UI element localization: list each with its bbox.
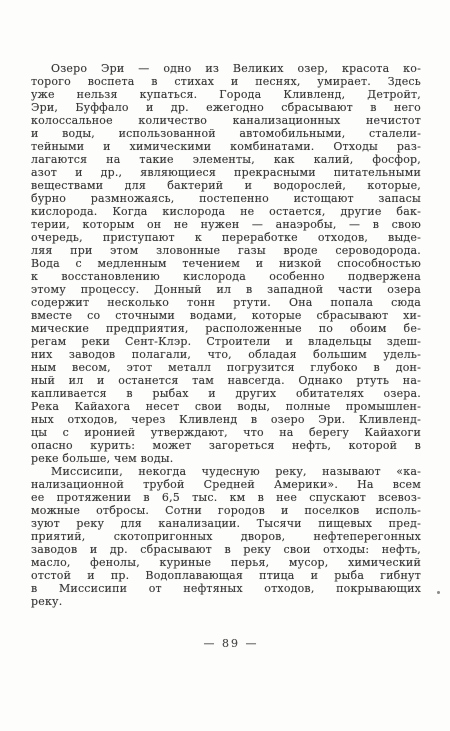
page-number: — 89 — [31,637,431,650]
text-line: них заводов полагали, что, обладая больш… [31,348,421,361]
text-line: регам реки Сент-Клэр. Строители и владел… [31,335,421,348]
text-line: Вода с медленным течением и низкой спосо… [31,257,421,270]
text-line: Эри, Буффало и др. ежегодно сбрасывают в… [31,101,421,114]
text-line: бурно размножаясь, постепенно истощают з… [31,192,421,205]
book-page: Озеро Эри — одно из Великих озер, красот… [0,0,450,731]
text-line: терии, которым он не нужен — анаэробы, —… [31,218,421,231]
text-line: масло, фенолы, куриные перья, мусор, хим… [31,556,421,569]
text-line: очередь, приступают к переработке отходо… [31,231,421,244]
text-line: азот и др., являющиеся прекрасными питат… [31,166,421,179]
text-line: ный ил и останется там навсегда. Однако … [31,374,421,387]
text-line: этому процессу. Донный ил в западной час… [31,283,421,296]
text-line: Река Кайахога несет свои воды, полные пр… [31,400,421,413]
text-line: веществами для бактерий и водорослей, ко… [31,179,421,192]
text-line: цы с иронией утверждают, что на берегу К… [31,426,421,439]
text-line: реку. [31,595,421,608]
scan-artifact-dot [437,591,440,594]
text-line: ным весом, этот металл погрузится глубок… [31,361,421,374]
text-line: капливается в рыбах и других обитателях … [31,387,421,400]
text-line: Миссисипи, некогда чудесную реку, называ… [31,465,421,478]
text-line: к восстановлению кислорода особенно подв… [31,270,421,283]
text-line: торого воспета в стихах и песнях, умирае… [31,75,421,88]
text-line: тейными и химическими комбинатами. Отход… [31,140,421,153]
paragraph: Озеро Эри — одно из Великих озер, красот… [31,62,421,465]
text-line: ляя при этом зловонные газы вроде серово… [31,244,421,257]
text-line: опасно курить: может загореться нефть, к… [31,439,421,452]
text-line: реке больше, чем воды. [31,452,421,465]
text-line: лагаются на такие элементы, как калий, ф… [31,153,421,166]
text-line: зуют реку для канализации. Тысячи пищевы… [31,517,421,530]
text-line: нализационной трубой Средней Америки». Н… [31,478,421,491]
page-text: Озеро Эри — одно из Великих озер, красот… [31,62,421,608]
text-line: уже нельзя купаться. Города Кливленд, Де… [31,88,421,101]
text-line: кислорода. Когда кислорода не остается, … [31,205,421,218]
text-line: можные отбросы. Сотни городов и поселков… [31,504,421,517]
text-line: колоссальное количество канализационных … [31,114,421,127]
text-line: ных отходов, через Кливленд в озеро Эри.… [31,413,421,426]
paragraph: Миссисипи, некогда чудесную реку, называ… [31,465,421,608]
text-line: отстой и пр. Водоплавающая птица и рыба … [31,569,421,582]
text-line: заводов и др. сбрасывают в реку свои отх… [31,543,421,556]
text-line: вместе со сточными водами, которые сбрас… [31,309,421,322]
text-line: содержит несколько тонн ртути. Она попал… [31,296,421,309]
text-line: в Миссисипи от нефтяных отходов, покрыва… [31,582,421,595]
text-line: и воды, использованной автомобильными, с… [31,127,421,140]
text-line: Озеро Эри — одно из Великих озер, красот… [31,62,421,75]
text-line: ее протяжении в 6,5 тыс. км в нее спуска… [31,491,421,504]
text-line: мические предприятия, расположенные по о… [31,322,421,335]
text-line: приятий, скотопригонных дворов, нефтепер… [31,530,421,543]
